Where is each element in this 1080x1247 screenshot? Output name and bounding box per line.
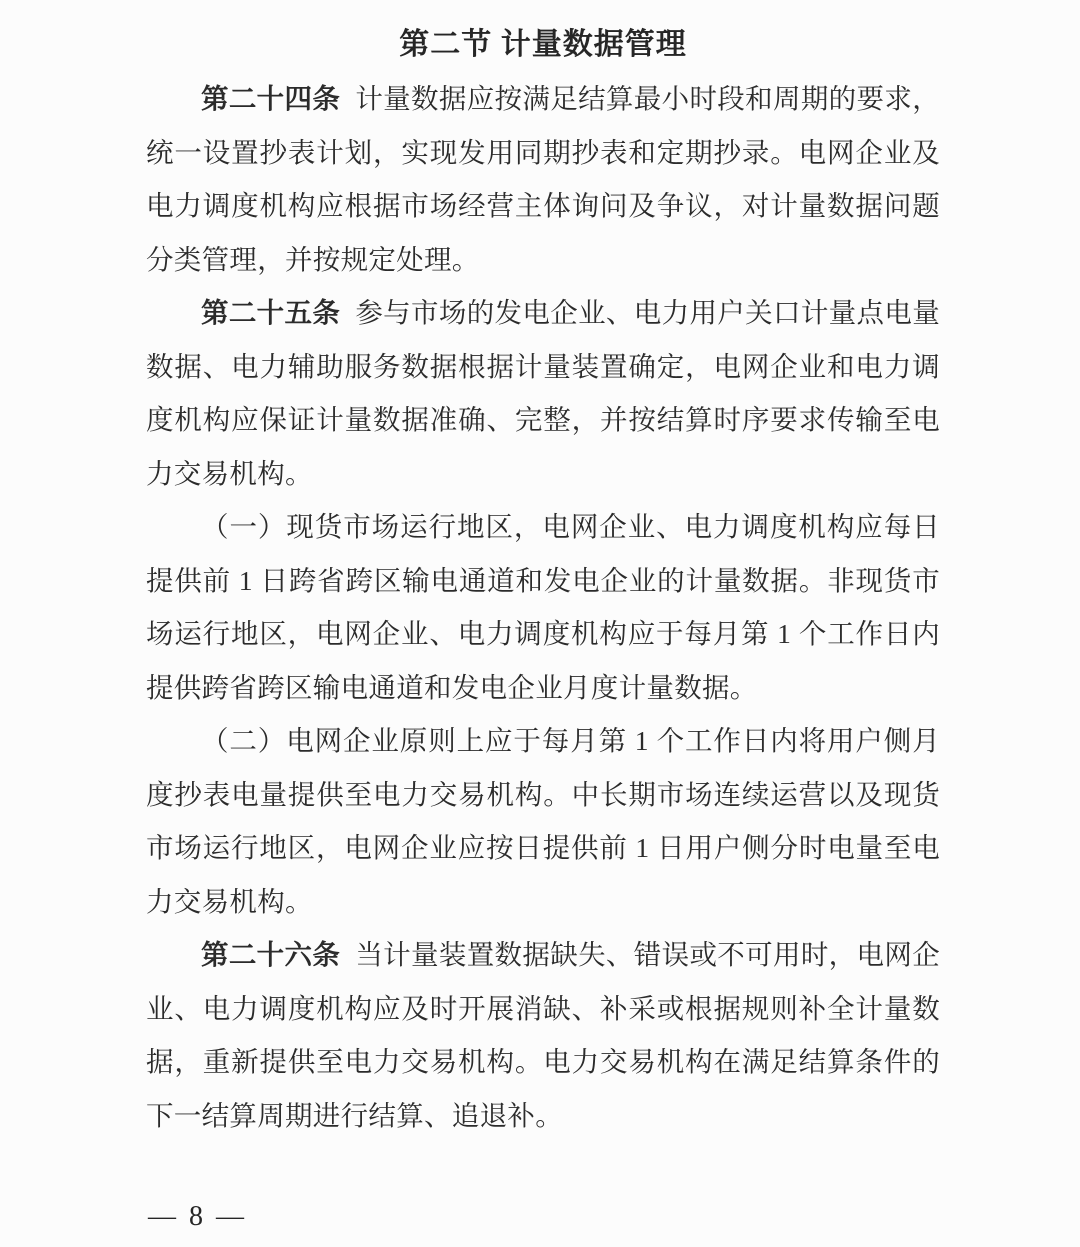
page-number: — 8 — xyxy=(148,1201,247,1233)
paragraph-text: （一）现货市场运行地区，电网企业、电力调度机构应每日提供前 1 日跨省跨区输电通… xyxy=(146,511,940,703)
article-number: 第二十四条 xyxy=(201,83,340,114)
document-page: 第二节 计量数据管理 第二十四条计量数据应按满足结算最小时段和周期的要求，统一设… xyxy=(0,0,1080,1247)
section-title: 第二节 计量数据管理 xyxy=(146,18,940,72)
article-number: 第二十五条 xyxy=(201,297,340,328)
article-number: 第二十六条 xyxy=(201,939,340,970)
paragraph-article-24: 第二十四条计量数据应按满足结算最小时段和周期的要求，统一设置抄表计划，实现发用同… xyxy=(146,72,940,286)
paragraph-item-1: （一）现货市场运行地区，电网企业、电力调度机构应每日提供前 1 日跨省跨区输电通… xyxy=(146,500,940,714)
paragraph-item-2: （二）电网企业原则上应于每月第 1 个工作日内将用户侧月度抄表电量提供至电力交易… xyxy=(146,714,940,928)
paragraph-article-26: 第二十六条当计量装置数据缺失、错误或不可用时，电网企业、电力调度机构应及时开展消… xyxy=(146,928,940,1142)
paragraph-text: （二）电网企业原则上应于每月第 1 个工作日内将用户侧月度抄表电量提供至电力交易… xyxy=(146,725,940,917)
document-content: 第二节 计量数据管理 第二十四条计量数据应按满足结算最小时段和周期的要求，统一设… xyxy=(0,0,1080,1142)
paragraph-article-25: 第二十五条参与市场的发电企业、电力用户关口计量点电量数据、电力辅助服务数据根据计… xyxy=(146,286,940,500)
